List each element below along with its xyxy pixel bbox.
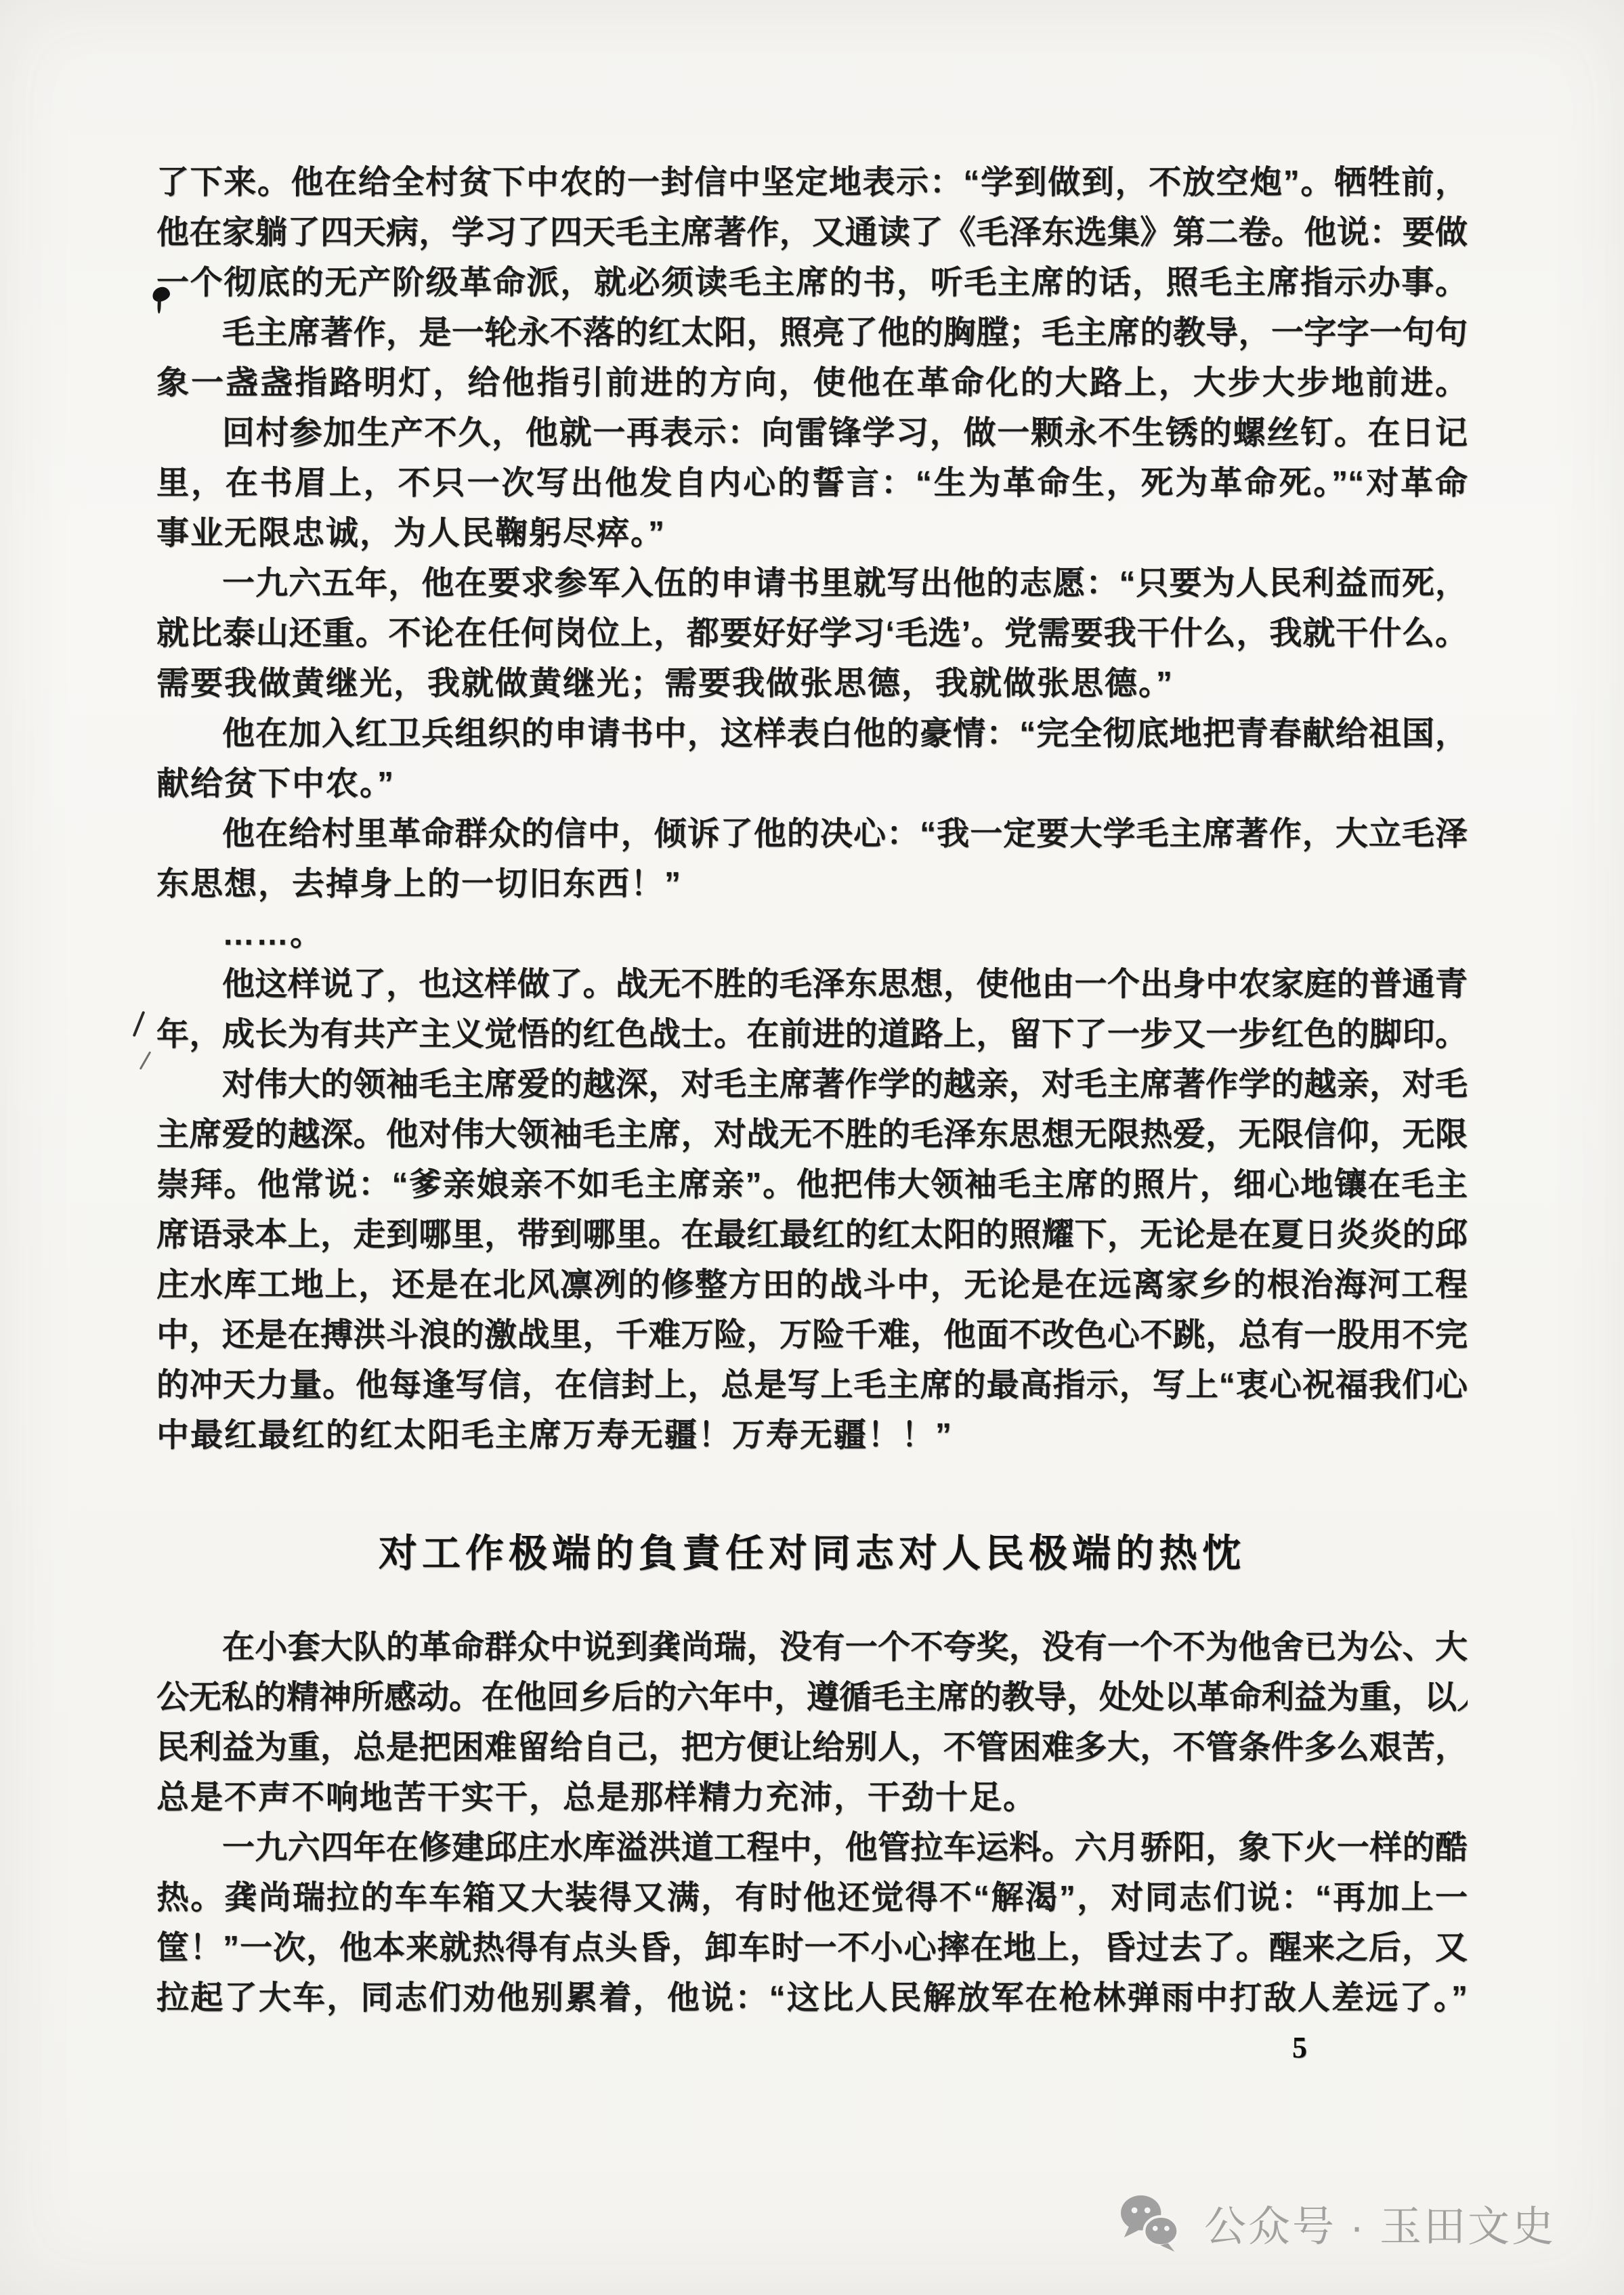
text-line: 年，成长为有共产主义觉悟的红色战士。在前进的道路上，留下了一步又一步红色的脚印。 bbox=[156, 1010, 1468, 1060]
text-line: 总是不声不响地苦干实干，总是那样精力充沛，干劲十足。 bbox=[156, 1773, 1468, 1823]
text-line: 对伟大的领袖毛主席爱的越深，对毛主席著作学的越亲，对毛主席著作学的越亲，对毛 bbox=[156, 1060, 1468, 1110]
scanned-document-page: 了下来。他在给全村贫下中农的一封信中坚定地表示：“学到做到，不放空炮”。牺牲前，… bbox=[0, 0, 1624, 2295]
body-section-1: 了下来。他在给全村贫下中农的一封信中坚定地表示：“学到做到，不放空炮”。牺牲前，… bbox=[156, 158, 1468, 1461]
text-line: 筐！”一次，他本来就热得有点头昏，卸车时一不小心摔在地上，昏过去了。醒来之后，又 bbox=[156, 1923, 1468, 1973]
text-line: ……。 bbox=[156, 909, 1468, 960]
text-line: 他在家躺了四天病，学习了四天毛主席著作，又通读了《毛泽东选集》第二卷。他说：要做 bbox=[156, 208, 1468, 258]
text-line: 就比泰山还重。不论在任何岗位上，都要好好学习‘毛选’。党需要我干什么，我就干什么… bbox=[156, 609, 1468, 659]
text-line: 他这样说了，也这样做了。战无不胜的毛泽东思想，使他由一个出身中农家庭的普通青 bbox=[156, 960, 1468, 1010]
section-heading: 对工作极端的負責任对同志对人民极端的热忱 bbox=[0, 1522, 1624, 1578]
text-line: 里，在书眉上，不只一次写出他发自内心的誓言：“生为革命生，死为革命死。”“对革命 bbox=[156, 458, 1468, 509]
text-line: 回村参加生产不久，他就一再表示：向雷锋学习，做一颗永不生锈的螺丝钉。在日记 bbox=[156, 408, 1468, 458]
text-line: 中最红最红的红太阳毛主席万寿无疆！万寿无疆！！” bbox=[156, 1411, 1468, 1461]
text-line: 献给贫下中农。” bbox=[156, 759, 1468, 809]
text-line: 一个彻底的无产阶级革命派，就必须读毛主席的书，听毛主席的话，照毛主席指示办事。 bbox=[156, 258, 1468, 308]
text-line: 热。龚尚瑞拉的车车箱又大装得又满，有时他还觉得不“解渴”，对同志们说：“再加上一 bbox=[156, 1873, 1468, 1923]
watermark: 公众号 · 玉田文史 bbox=[1119, 2193, 1556, 2253]
text-line: 东思想，去掉身上的一切旧东西！” bbox=[156, 859, 1468, 909]
text-line: 庄水库工地上，还是在北风凛冽的修整方田的战斗中，无论是在远离家乡的根治海河工程 bbox=[156, 1260, 1468, 1310]
text-line: 他在加入红卫兵组织的申请书中，这样表白他的豪情：“完全彻底地把青春献给祖国， bbox=[156, 709, 1468, 759]
text-line: 主席爱的越深。他对伟大领袖毛主席，对战无不胜的毛泽东思想无限热爱，无限信仰，无限 bbox=[156, 1110, 1468, 1160]
text-line: 崇拜。他常说：“爹亲娘亲不如毛主席亲”。他把伟大领袖毛主席的照片，细心地镶在毛主 bbox=[156, 1160, 1468, 1210]
pen-stroke-mark bbox=[140, 1051, 152, 1069]
text-line: 席语录本上，走到哪里，带到哪里。在最红最红的红太阳的照耀下，无论是在夏日炎炎的邱 bbox=[156, 1210, 1468, 1260]
text-line: 中，还是在搏洪斗浪的激战里，千难万险，万险千难，他面不改色心不跳，总有一股用不完 bbox=[156, 1310, 1468, 1360]
text-line: 毛主席著作，是一轮永不落的红太阳，照亮了他的胸膛；毛主席的教导，一字字一句句 bbox=[156, 308, 1468, 358]
text-line: 的冲天力量。他每逢写信，在信封上，总是写上毛主席的最高指示，写上“衷心祝福我们心 bbox=[156, 1360, 1468, 1411]
text-line: 事业无限忠诚，为人民鞠躬尽瘁。” bbox=[156, 509, 1468, 559]
text-line: 象一盏盏指路明灯，给他指引前进的方向，使他在革命化的大路上，大步大步地前进。 bbox=[156, 358, 1468, 408]
text-line: 拉起了大车，同志们劝他别累着，他说：“这比人民解放军在枪林弹雨中打敌人差远了。” bbox=[156, 1973, 1468, 2023]
text-line: 在小套大队的革命群众中说到龚尚瑞，没有一个不夸奖，没有一个不为他舍已为公、大 bbox=[156, 1623, 1468, 1673]
text-line: 了下来。他在给全村贫下中农的一封信中坚定地表示：“学到做到，不放空炮”。牺牲前， bbox=[156, 158, 1468, 208]
text-line: 一九六四年在修建邱庄水库溢洪道工程中，他管拉车运料。六月骄阳，象下火一样的酷 bbox=[156, 1823, 1468, 1873]
pen-stroke-mark bbox=[133, 1011, 146, 1037]
text-line: 公无私的精神所感动。在他回乡后的六年中，遵循毛主席的教导，处处以革命利益为重，以… bbox=[156, 1673, 1468, 1723]
text-line: 民利益为重，总是把困难留给自己，把方便让给别人，不管困难多大，不管条件多么艰苦， bbox=[156, 1723, 1468, 1773]
wechat-icon bbox=[1119, 2193, 1184, 2253]
text-line: 他在给村里革命群众的信中，倾诉了他的决心：“我一定要大学毛主席著作，大立毛泽 bbox=[156, 809, 1468, 859]
page-number: 5 bbox=[1292, 2030, 1307, 2065]
watermark-text: 公众号 · 玉田文史 bbox=[1204, 2193, 1556, 2253]
text-line: 一九六五年，他在要求参军入伍的申请书里就写出他的志愿：“只要为人民利益而死， bbox=[156, 559, 1468, 609]
body-section-2: 在小套大队的革命群众中说到龚尚瑞，没有一个不夸奖，没有一个不为他舍已为公、大公无… bbox=[156, 1623, 1468, 2023]
text-line: 需要我做黄继光，我就做黄继光；需要我做张思德，我就做张思德。” bbox=[156, 659, 1468, 709]
